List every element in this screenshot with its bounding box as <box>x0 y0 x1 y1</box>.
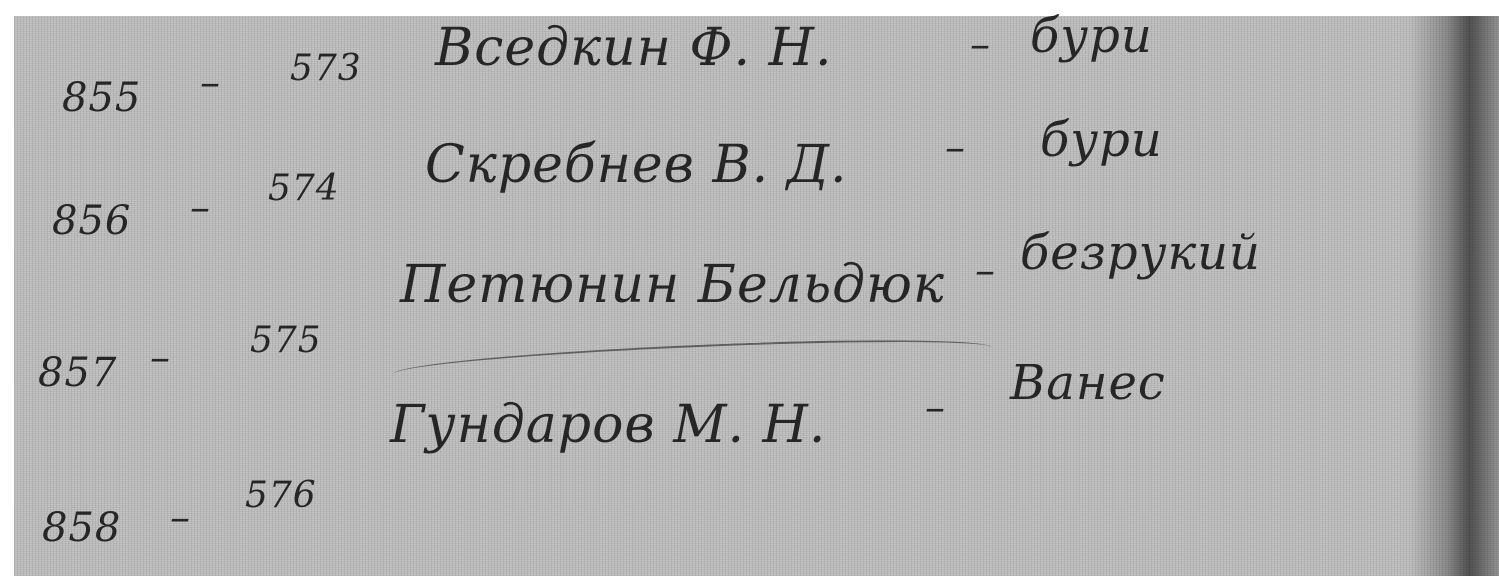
person-name: Скребнев В. Д. <box>425 135 848 195</box>
reference-number: 575 <box>250 320 322 361</box>
note: Ванес <box>1010 355 1166 411</box>
person-name: Вседкин Ф. Н. <box>435 18 833 78</box>
separator: – <box>970 22 991 68</box>
note: безрукий <box>1020 225 1261 281</box>
separator: – <box>170 495 191 541</box>
reference-number: 576 <box>245 475 317 516</box>
person-name: Гундаров М. Н. <box>390 395 826 455</box>
note: бури <box>1040 112 1163 168</box>
reference-number: 574 <box>268 168 340 209</box>
entry-number: 855 <box>62 75 141 121</box>
separator: – <box>150 335 171 381</box>
separator: – <box>925 385 946 431</box>
separator: – <box>945 125 966 171</box>
separator: – <box>200 60 221 106</box>
separator: – <box>975 248 996 294</box>
separator: – <box>190 185 211 231</box>
note: бури <box>1030 8 1153 64</box>
entry-number: 857 <box>38 350 117 396</box>
entry-number: 858 <box>42 505 121 551</box>
reference-number: 573 <box>290 48 362 89</box>
entry-number: 856 <box>52 198 131 244</box>
person-name: Петюнин Бельдюк <box>400 255 945 315</box>
